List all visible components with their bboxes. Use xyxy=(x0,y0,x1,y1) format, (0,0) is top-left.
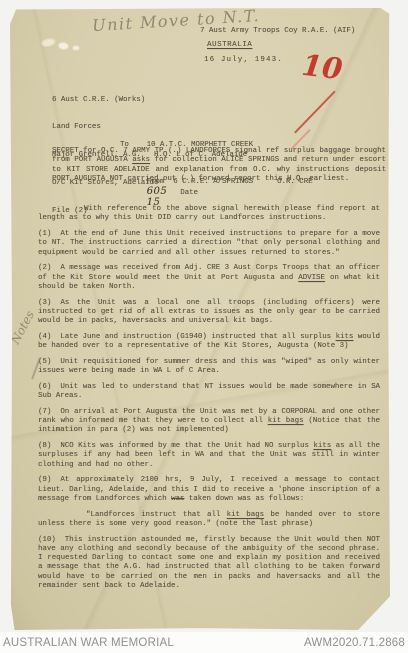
paragraph-number: (7) xyxy=(38,408,51,416)
paragraph-struck-text: was xyxy=(171,495,184,503)
report-body: With reference to the above signal herew… xyxy=(38,205,380,598)
report-paragraph-7: (7)On arrival at Port Augusta the Unit w… xyxy=(38,408,380,436)
archive-accession-number: AWM2020.71.2868 xyxy=(304,637,405,649)
distribution-line: 6 Aust C.R.E. (Works) xyxy=(52,96,247,105)
quote-text: "Landforces instruct that all xyxy=(86,511,227,519)
paragraph-number: (2) xyxy=(38,264,51,272)
paper-damage-spot xyxy=(57,41,69,50)
routing-ref-number: 605 xyxy=(147,186,168,197)
signal-text-block: SECRET for O.C. 7 ARMY TP (.) LANDFORCES… xyxy=(52,147,386,184)
pencil-margin-note: Notes xyxy=(8,308,37,346)
paper-damage-spot xyxy=(72,45,80,51)
intro-paragraph: With reference to the above signal herew… xyxy=(38,205,380,224)
report-paragraph-4: (4)Late June and instruction (G1940) ins… xyxy=(38,333,380,352)
paragraph-text: Unit requisitioned for summer dress and … xyxy=(38,358,380,375)
report-paragraph-8: (8)NCO Kits was informed by me that the … xyxy=(38,442,380,470)
report-paragraph-1: (1)At the end of June this Unit received… xyxy=(38,230,380,258)
report-paragraph-2: (2)A message was received from Adj. CRE … xyxy=(38,264,380,292)
paragraph-text: This instruction astounded me, firstly b… xyxy=(38,536,380,590)
routing-date-label: Date xyxy=(180,189,198,197)
paragraph-underlined-text: kits xyxy=(336,333,354,341)
paragraph-number: (8) xyxy=(38,442,51,450)
scanned-letter-paper: Unit Move to N.T. 7 Aust Army Troops Coy… xyxy=(10,8,390,630)
date-line: 16 July, 1943. xyxy=(204,56,283,65)
report-paragraph-10: (10)This instruction astounded me, first… xyxy=(38,536,380,592)
paragraph-number: (3) xyxy=(38,299,51,307)
paragraph-text: At the end of June this Unit received in… xyxy=(38,230,380,257)
report-paragraph-3: (3)As the Unit was a local one all troop… xyxy=(38,299,380,327)
paper-damage-spot xyxy=(40,37,57,49)
report-paragraph-5: (5)Unit requisitioned for summer dress a… xyxy=(38,358,380,377)
paragraph-underlined-text: kits xyxy=(313,442,331,450)
paragraph-number: (4) xyxy=(38,333,51,341)
signal-underlined-word: asks xyxy=(132,156,150,164)
paragraph-underlined-text: kit bags xyxy=(268,417,304,425)
quote-underlined-text: kit bags xyxy=(227,511,264,519)
red-folio-number-annotation: 10 xyxy=(300,48,344,87)
paragraph-text: As the Unit was a local one all troops (… xyxy=(38,299,380,326)
paragraph-number: (9) xyxy=(38,476,51,484)
paragraph-text: NCO Kits was informed by me that the Uni… xyxy=(60,442,313,450)
unit-header-line: 7 Aust Army Troops Coy R.A.E. (AIF) xyxy=(200,27,355,36)
paragraph-text: Late June and instruction (G1940) instru… xyxy=(60,333,335,341)
paragraph-text: Unit was led to understand that NT issue… xyxy=(38,383,380,400)
archive-scan-page: { "annotations": { "pencil_title": "Unit… xyxy=(0,0,408,653)
paragraph-text: taken down was as follows: xyxy=(184,495,304,503)
report-paragraph-9: (9)At approximately 2100 hrs, 9 July, I … xyxy=(38,476,380,504)
archive-institution-label: AUSTRALIAN WAR MEMORIAL xyxy=(3,637,174,649)
paragraph-number: (6) xyxy=(38,383,51,391)
paragraph-number: (1) xyxy=(38,230,51,238)
report-paragraph-6: (6)Unit was led to understand that NT is… xyxy=(38,383,380,402)
country-line: AUSTRALIA xyxy=(207,41,252,50)
archive-caption-bar: AUSTRALIAN WAR MEMORIAL AWM2020.71.2868 xyxy=(0,632,408,653)
paragraph-underlined-text: ADVISE xyxy=(298,274,325,282)
paragraph-number: (10) xyxy=(38,536,56,544)
landforces-quote: "Landforces instruct that all kit bags b… xyxy=(38,511,380,530)
